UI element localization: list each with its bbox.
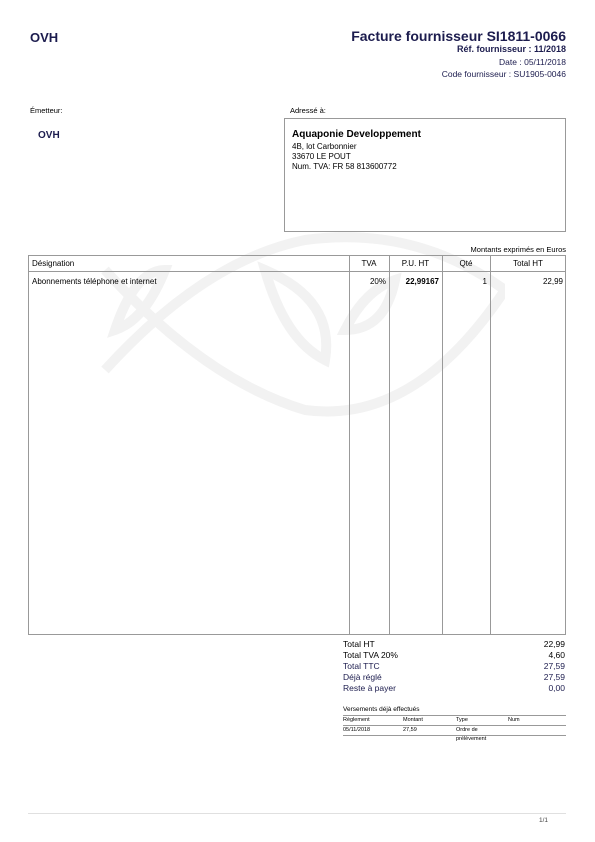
supplier-ref: Réf. fournisseur : 11/2018 (457, 44, 566, 54)
total-ht-row: Total HT 22,99 (343, 639, 565, 650)
payment-type: Ordre de (456, 727, 478, 733)
sender-name: OVH (38, 130, 60, 141)
recipient-address-line: 4B, lot Carbonnier (292, 142, 356, 151)
remaining-row: Reste à payer 0,00 (343, 683, 565, 694)
company-name: OVH (30, 30, 58, 45)
total-tva-value: 4,60 (548, 650, 565, 660)
total-tva-row: Total TVA 20% 4,60 (343, 650, 565, 661)
column-divider (490, 256, 491, 634)
line-unit-price: 22,99167 (389, 277, 439, 286)
remaining-label: Reste à payer (343, 683, 396, 693)
payment-type-continued: prélèvement (456, 736, 486, 742)
column-divider (389, 256, 390, 634)
invoice-date: Date : 05/11/2018 (499, 57, 566, 67)
already-paid-row: Déjà réglé 27,59 (343, 672, 565, 683)
payment-row: 05/11/2018 27,59 Ordre de (343, 726, 566, 736)
recipient-name: Aquaponie Developpement (292, 129, 421, 140)
already-paid-label: Déjà réglé (343, 672, 382, 682)
total-ht-value: 22,99 (544, 639, 565, 649)
payments-title: Versements déjà effectués (343, 706, 419, 713)
recipient-label: Adressé à: (290, 106, 326, 115)
line-designation: Abonnements téléphone et internet (32, 277, 157, 286)
column-header-quantity: Qté (442, 259, 490, 268)
column-header-total-ht: Total HT (490, 259, 566, 268)
total-ttc-label: Total TTC (343, 661, 380, 671)
column-header-designation: Désignation (32, 259, 74, 268)
column-header-tva: TVA (349, 259, 389, 268)
already-paid-value: 27,59 (544, 672, 565, 682)
payment-amount: 27,59 (403, 727, 417, 733)
line-quantity: 1 (442, 277, 487, 286)
payments-table: Règlement Montant Type Num 05/11/2018 27… (343, 715, 566, 744)
payments-col-type: Type (456, 717, 468, 723)
total-tva-label: Total TVA 20% (343, 650, 398, 660)
payment-date: 05/11/2018 (343, 727, 370, 733)
total-ttc-row: Total TTC 27,59 (343, 661, 565, 672)
payments-col-num: Num (508, 717, 520, 723)
page-number: 1/1 (539, 817, 548, 824)
payments-header: Règlement Montant Type Num (343, 715, 566, 726)
column-divider (442, 256, 443, 634)
supplier-code: Code fournisseur : SU1905-0046 (442, 69, 566, 79)
recipient-box: Aquaponie Developpement 4B, lot Carbonni… (284, 118, 566, 232)
remaining-value: 0,00 (548, 683, 565, 693)
total-ttc-value: 27,59 (544, 661, 565, 671)
recipient-vat-number: Num. TVA: FR 58 813600772 (292, 162, 397, 171)
totals-block: Total HT 22,99 Total TVA 20% 4,60 Total … (343, 639, 565, 694)
line-total-ht: 22,99 (490, 277, 563, 286)
line-tva: 20% (349, 277, 386, 286)
recipient-address-line: 33670 LE POUT (292, 152, 351, 161)
column-header-unit-price: P.U. HT (389, 259, 442, 268)
column-divider (349, 256, 350, 634)
currency-note: Montants exprimés en Euros (471, 245, 566, 254)
sender-label: Émetteur: (30, 106, 63, 115)
invoice-lines-table: Désignation TVA P.U. HT Qté Total HT Abo… (28, 255, 566, 635)
footer-divider (28, 813, 566, 814)
payments-col-date: Règlement (343, 717, 370, 723)
payments-col-amount: Montant (403, 717, 423, 723)
invoice-title: Facture fournisseur SI1811-0066 (351, 28, 566, 44)
total-ht-label: Total HT (343, 639, 375, 649)
